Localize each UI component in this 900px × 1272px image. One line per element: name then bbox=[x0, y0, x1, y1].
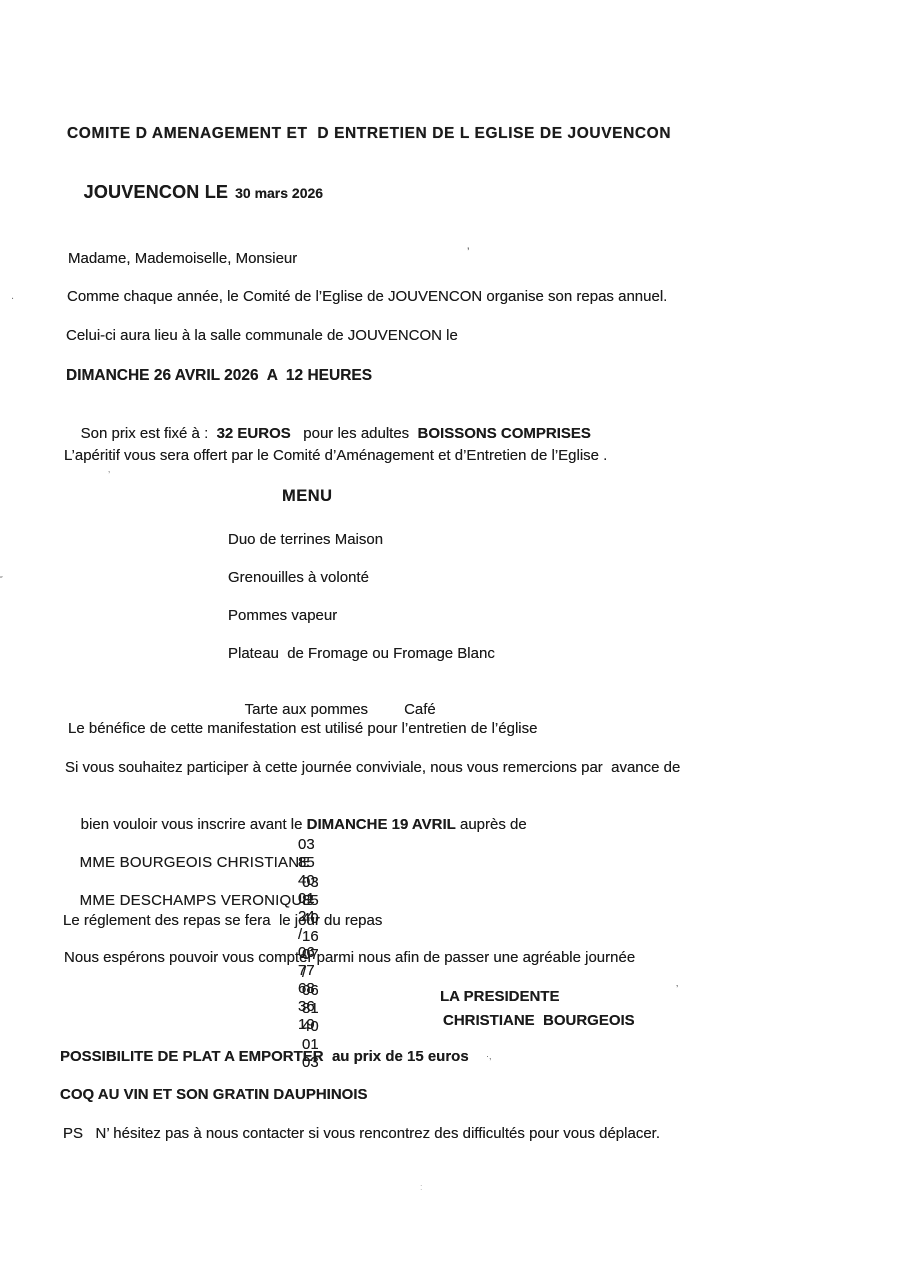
menu-item: Pommes vapeur bbox=[228, 607, 337, 625]
price-middle: pour les adultes bbox=[291, 425, 418, 442]
scan-artifact: ’ bbox=[467, 246, 469, 258]
menu-title: MENU bbox=[282, 487, 333, 505]
scan-artifact: : bbox=[420, 1182, 423, 1192]
contact-name: MME BOURGEOIS CHRISTIANE bbox=[80, 854, 310, 872]
benefit-line: Le bénéfice de cette manifestation est u… bbox=[68, 720, 537, 738]
event-date-line: DIMANCHE 26 AVRIL 2026 A 12 HEURES bbox=[66, 367, 372, 385]
takeaway-line-1: POSSIBILITE DE PLAT A EMPORTER au prix d… bbox=[60, 1048, 469, 1066]
deadline-date: DIMANCHE 19 AVRIL bbox=[307, 816, 456, 833]
closing-line: Nous espérons pouvoir vous compter parmi… bbox=[64, 949, 635, 967]
intro-line-2: Celui-ci aura lieu à la salle communale … bbox=[66, 327, 458, 345]
register-line-1: Si vous souhaitez participer à cette jou… bbox=[65, 759, 680, 777]
price-value: 32 EUROS bbox=[217, 425, 291, 442]
drinks-included-label: BOISSONS COMPRISES bbox=[418, 425, 591, 442]
scan-artifact: ·, bbox=[486, 1051, 492, 1061]
place-date-line: JOUVENCON LE30 mars 2026 bbox=[67, 165, 323, 221]
scan-artifact: ’ bbox=[108, 470, 110, 481]
ps-line: PS N’ hésitez pas à nous contacter si vo… bbox=[63, 1125, 660, 1143]
salutation-line: Madame, Mademoiselle, Monsieur bbox=[68, 250, 297, 268]
date-value: 30 mars 2026 bbox=[235, 185, 323, 201]
scan-artifact: ~ bbox=[0, 570, 3, 584]
payment-line: Le réglement des repas se fera le jour d… bbox=[63, 912, 382, 930]
signature-name: CHRISTIANE BOURGEOIS bbox=[443, 1012, 635, 1030]
letter-title: COMITE D AMENAGEMENT ET D ENTRETIEN DE L… bbox=[67, 125, 671, 143]
takeaway-line-2: COQ AU VIN ET SON GRATIN DAUPHINOIS bbox=[60, 1086, 368, 1104]
aperitif-line: L’apéritif vous sera offert par le Comit… bbox=[64, 447, 607, 465]
menu-coffee: Café bbox=[404, 701, 436, 718]
register-prefix: bien vouloir vous inscrire avant le bbox=[81, 816, 307, 833]
menu-item: Plateau de Fromage ou Fromage Blanc bbox=[228, 645, 495, 663]
register-suffix: auprès de bbox=[456, 816, 527, 833]
scan-artifact: . bbox=[11, 290, 14, 302]
scan-artifact: ’ bbox=[676, 984, 678, 995]
menu-item: Grenouilles à volonté bbox=[228, 569, 369, 587]
contact-name: MME DESCHAMPS VERONIQUE bbox=[80, 892, 313, 910]
contact-phones: 03 85 40 16 07 / 06 81 40 01 03 bbox=[302, 874, 319, 1072]
price-prefix: Son prix est fixé à : bbox=[81, 425, 217, 442]
signature-role: LA PRESIDENTE bbox=[440, 988, 559, 1006]
menu-item: Duo de terrines Maison bbox=[228, 531, 383, 549]
scanned-letter-page: COMITE D AMENAGEMENT ET D ENTRETIEN DE L… bbox=[0, 0, 900, 1272]
contact-row: MME DESCHAMPS VERONIQUE 03 85 40 16 07 /… bbox=[63, 874, 313, 946]
menu-dessert: Tarte aux pommes bbox=[245, 701, 368, 718]
place-label: JOUVENCON LE bbox=[84, 182, 228, 202]
intro-line-1: Comme chaque année, le Comité de l’Eglis… bbox=[67, 288, 667, 306]
